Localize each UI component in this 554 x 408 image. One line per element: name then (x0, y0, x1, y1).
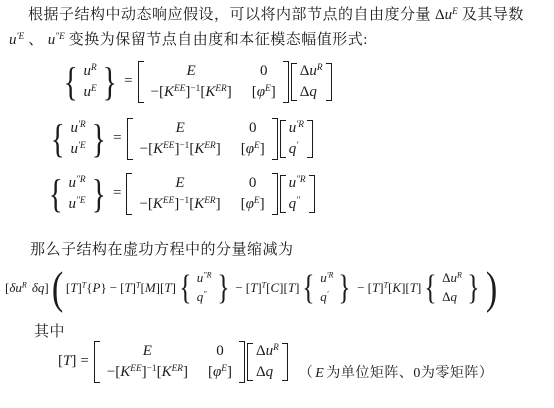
matrix-entry-modes: [φE] (241, 141, 265, 158)
sup-e: E (452, 7, 458, 17)
matrix-grid: E 0 −[KEE]−1[KER] [φE] (133, 118, 272, 160)
matrix-entry-zero: 0 (260, 63, 268, 80)
right-bracket (326, 63, 332, 101)
right-brace: } (102, 63, 116, 100)
right-bracket (309, 175, 315, 213)
entry-base: q (266, 364, 274, 380)
intro-text-line2: 变换为保留节点自由度和本征模态幅值形式: (69, 32, 368, 48)
sup-ee: EE (163, 196, 174, 206)
vector-entry: u′R (289, 120, 304, 137)
matrix-grid: E 0 −[KEE]−1[KER] [φE] (100, 341, 239, 383)
delta-row-vector: [δuRδq] (5, 280, 49, 296)
matrix-entry-zero: 0 (249, 175, 257, 192)
sup-er: ER (204, 196, 215, 206)
transformation-matrix: E 0 −[KEE]−1[KER] [φE] (126, 173, 277, 215)
vector-column: ΔuR Δq (439, 271, 465, 304)
virtual-work-equation: [δuRδq] ( [T]T{P} − [T]T[M][T] { u″R q″ … (5, 262, 500, 314)
vector-column: u″R u″E (65, 175, 88, 213)
e-sym: E (175, 175, 184, 191)
intro-line-1: 根据子结构中动态响应假设，可以将内部节点的自由度分量ΔuE及其导数 (0, 3, 554, 28)
right-brace: } (91, 120, 105, 157)
vector-entry: u′R (70, 120, 85, 137)
lhs-brace-vector: { u″R u″E } (46, 175, 108, 213)
equation-velocity-transform: { u′R u′E } = E 0 −[KEE]−1[KER] [φE] u′R… (47, 118, 314, 160)
right-brace: } (217, 272, 229, 304)
sup-prime-e: ′E (17, 32, 25, 42)
k-sym: K (194, 196, 204, 212)
delta-u-sym: δu (9, 280, 22, 295)
right-bracket (272, 173, 278, 215)
c-sym: C (270, 280, 279, 295)
matrix-entry-modes: [φE] (252, 84, 276, 101)
close-bracket: ] (44, 280, 48, 295)
entry-base: u (83, 84, 91, 100)
vector-column: u′R u′E (67, 120, 88, 158)
sup-inverse: −1 (179, 141, 189, 151)
k-sym: K (164, 84, 174, 100)
rhs-bracket-vector: u″R q″ (280, 175, 315, 213)
mass-term: [T]T[M][T] (120, 280, 176, 296)
increment-vector: { ΔuR Δq } (422, 271, 481, 304)
entry-base: u (309, 63, 317, 79)
matrix-entry-identity: E (143, 343, 152, 360)
vector-entry: Δq (300, 84, 317, 101)
matrix-entry-identity: E (175, 175, 184, 192)
equals-sign: = (124, 73, 132, 90)
minus-sign: − (357, 280, 364, 296)
entry-base: u (83, 63, 91, 79)
vector-column: u″R q″ (194, 271, 215, 304)
close-bracket: ] (216, 196, 221, 212)
vector-entry: u′R (320, 271, 333, 286)
entry-sup: ′ (296, 141, 298, 151)
minus-sign: − (139, 196, 147, 212)
equation-acceleration-transform: { u″R u″E } = E 0 −[KEE]−1[KER] [φE] u″R… (45, 173, 316, 215)
entry-pre: Δ (442, 289, 450, 304)
entry-sup: R (91, 63, 97, 73)
acceleration-vector: { u″R q″ } (177, 271, 231, 304)
entry-sup: E (91, 84, 97, 94)
close-bracket: ] (227, 84, 232, 100)
left-brace: { (303, 272, 315, 304)
k-sym: K (153, 141, 163, 157)
entry-pre: Δ (256, 364, 266, 380)
close-bracket: ] (172, 280, 176, 295)
e-sym: E (143, 343, 152, 359)
right-paren: ) (486, 268, 497, 309)
note-open-paren: （ (299, 366, 314, 381)
right-bracket (239, 341, 245, 383)
entry-base: u (68, 175, 76, 191)
vector-entry: Δq (256, 364, 273, 381)
vector-column: ΔuR Δq (253, 343, 282, 381)
entry-base: u (70, 120, 78, 136)
left-brace: { (64, 63, 78, 100)
entry-sup: ″ (296, 196, 300, 206)
close-bracket: ] (295, 280, 299, 295)
right-brace: } (467, 272, 479, 304)
damping-term: [T]T[C][T] (246, 280, 300, 296)
t-sym: T (164, 280, 171, 295)
left-brace: { (425, 272, 437, 304)
enumeration-comma: 、 (28, 32, 44, 48)
zero-sym: 0 (249, 120, 257, 136)
entry-sup: R (273, 343, 279, 353)
phi-sym: φ (246, 141, 254, 157)
sup-er: ER (172, 364, 183, 374)
entry-sup: ″E (76, 196, 86, 206)
matrix-entry-modes: [φE] (208, 364, 232, 381)
close-bracket: ] (183, 364, 188, 380)
right-brace: } (339, 272, 351, 304)
minus-sign: − (140, 141, 148, 157)
entry-pre: Δ (300, 84, 310, 100)
entry-sup: ″R (296, 175, 306, 185)
sup-inverse: −1 (190, 84, 200, 94)
matrix-entry-modes: [φE] (241, 196, 265, 213)
vector-entry: q′ (289, 141, 299, 158)
lhs-brace-vector: { u′R u′E } (48, 120, 108, 158)
vector-entry: u′E (70, 141, 85, 158)
entry-sup: ″ (203, 290, 206, 299)
k-sym: K (153, 196, 163, 212)
phi-sym: φ (246, 196, 254, 212)
vector-entry: q′ (320, 290, 328, 305)
entry-sup: ′R (327, 271, 334, 280)
matrix-entry-identity: E (187, 63, 196, 80)
sup-ee: EE (174, 84, 185, 94)
where-label: 其中 (34, 320, 65, 341)
sup-er: ER (204, 141, 215, 151)
vector-entry: q″ (289, 196, 300, 213)
zero-sym: 0 (216, 343, 224, 359)
rhs-bracket-vector: u′R q′ (280, 120, 313, 158)
delta-sym: Δ (435, 7, 445, 23)
note-text-zero: 为零矩阵） (421, 366, 494, 381)
phi-sym: φ (257, 84, 265, 100)
entry-base: u (70, 141, 78, 157)
phi-sym: φ (213, 364, 221, 380)
reduction-statement: 那么子结构在虚功方程中的分量缩减为 (30, 238, 294, 259)
entry-base: u (289, 175, 297, 191)
entry-base: q (309, 84, 317, 100)
note-text-identity: 为单位矩阵、 (326, 366, 413, 381)
matrix-entry-zero: 0 (249, 120, 257, 137)
vector-column: u″R q″ (286, 175, 309, 213)
delta-q-sym: δq (32, 280, 45, 295)
zero-sym: 0 (249, 175, 257, 191)
close-bracket: ] (227, 364, 232, 380)
sup-inverse: −1 (179, 196, 189, 206)
sup-ee: EE (130, 364, 141, 374)
sup-ee: EE (163, 141, 174, 151)
entry-base: u (266, 343, 274, 359)
vector-entry: uE (83, 84, 96, 101)
velocity-vector: { u′R q′ } (300, 271, 353, 304)
close-bracket: ] (260, 196, 265, 212)
matrix-grid: E 0 −[KEE]−1[KER] [φE] (132, 173, 271, 215)
right-brace: } (100, 280, 106, 295)
equals-sign: = (113, 130, 121, 147)
entry-pre: Δ (300, 63, 310, 79)
minus-sign: − (107, 364, 115, 380)
vector-entry: u″R (197, 271, 212, 286)
matrix-entry-stiffness: −[KEE]−1[KER] (140, 141, 221, 158)
right-bracket (282, 343, 288, 381)
entry-base: q (289, 196, 297, 212)
right-bracket (283, 61, 289, 103)
vector-entry: u″R (289, 175, 306, 192)
sup-dblprime-e: ″E (55, 32, 65, 42)
intro-text-tail: 及其导数 (462, 7, 524, 23)
sup-er: ER (215, 84, 226, 94)
matrix-entry-stiffness: −[KEE]−1[KER] (107, 364, 188, 381)
k-sym: K (392, 280, 401, 295)
vector-entry: q″ (197, 290, 207, 305)
t-matrix-lhs: [T] (58, 353, 76, 370)
right-bracket (272, 118, 278, 160)
matrix-entry-zero: 0 (216, 343, 224, 360)
matrix-note: （E为单位矩阵、0为零矩阵） (299, 362, 494, 382)
document-page: 根据子结构中动态响应假设，可以将内部节点的自由度分量ΔuE及其导数 u′E、u″… (0, 0, 554, 408)
inline-math-u-dblprime: u″E (48, 32, 65, 48)
entry-base: u (68, 196, 76, 212)
intro-text-lead: 根据子结构中动态响应假设，可以将内部节点的自由度分量 (28, 7, 431, 23)
entry-pre: Δ (442, 270, 450, 285)
load-term: [T]T{P} (66, 280, 107, 296)
t-sym: T (410, 280, 417, 295)
equals-sign: = (80, 353, 88, 370)
vector-entry: ΔuR (300, 63, 323, 80)
vector-column: u′R q′ (286, 120, 307, 158)
vector-column: u′R q′ (317, 271, 336, 304)
close-bracket: ] (271, 84, 276, 100)
entry-sup: ′E (78, 141, 86, 151)
entry-sup: ′R (296, 120, 304, 130)
minus-sign: − (151, 84, 159, 100)
e-sym: E (315, 366, 324, 381)
entry-sup: R (317, 63, 323, 73)
inline-math-delta-u: ΔuE (435, 7, 458, 23)
left-brace: { (179, 272, 191, 304)
entry-base: q (451, 289, 458, 304)
transformation-matrix: E 0 −[KEE]−1[KER] [φE] (138, 61, 289, 103)
t-sym: T (288, 280, 295, 295)
intro-paragraph: 根据子结构中动态响应假设，可以将内部节点的自由度分量ΔuE及其导数 u′E、u″… (0, 3, 554, 53)
minus-sign: − (110, 280, 117, 296)
intro-line-2: u′E、u″E变换为保留节点自由度和本征模态幅值形式: (0, 28, 554, 53)
transform-definition-equation: [T] = E 0 −[KEE]−1[KER] [φE] ΔuR Δq （E为单… (58, 341, 493, 383)
transformation-matrix: E 0 −[KEE]−1[KER] [φE] (94, 341, 245, 383)
vector-entry: uR (83, 63, 96, 80)
right-brace: } (91, 175, 105, 212)
left-brace: { (49, 175, 63, 212)
zero-sym: 0 (260, 63, 268, 79)
u-sym: u (9, 32, 17, 48)
k-sym: K (120, 364, 130, 380)
matrix-entry-stiffness: −[KEE]−1[KER] (139, 196, 220, 213)
transformation-matrix: E 0 −[KEE]−1[KER] [φE] (127, 118, 278, 160)
k-sym: K (194, 141, 204, 157)
entry-sup: R (457, 271, 462, 280)
vector-entry: ΔuR (442, 271, 462, 286)
left-paren: ( (52, 268, 63, 309)
matrix-entry-stiffness: −[KEE]−1[KER] (151, 84, 232, 101)
close-bracket: ] (216, 141, 221, 157)
t-sym: T (124, 280, 131, 295)
e-sym: E (187, 63, 196, 79)
entry-sup: ″R (203, 271, 211, 280)
vector-entry: ΔuR (256, 343, 279, 360)
vector-entry: Δq (442, 290, 457, 305)
matrix-grid: E 0 −[KEE]−1[KER] [φE] (144, 61, 283, 103)
vector-column: uR uE (80, 63, 99, 101)
stiffness-term: [T]T[K][T] (368, 280, 422, 296)
entry-pre: Δ (256, 343, 266, 359)
matrix-entry-identity: E (176, 120, 185, 137)
vector-entry: u″E (68, 196, 85, 213)
right-bracket (307, 120, 313, 158)
entry-sup: ′ (327, 290, 329, 299)
close-bracket: ] (417, 280, 421, 295)
close-bracket: ] (71, 353, 76, 369)
inline-math-u-prime: u′E (9, 32, 24, 48)
lhs-brace-vector: { uR uE } (61, 63, 119, 101)
entry-sup: ′R (78, 120, 86, 130)
entry-sup: ″R (76, 175, 86, 185)
zero-sym: 0 (413, 366, 421, 381)
vector-entry: u″R (68, 175, 85, 192)
equals-sign: = (113, 185, 121, 202)
m-sym: M (145, 280, 156, 295)
left-brace: { (51, 120, 65, 157)
sup-inverse: −1 (147, 364, 157, 374)
sup-r: R (22, 281, 27, 290)
vector-column: ΔuR Δq (297, 63, 326, 101)
k-sym: K (205, 84, 215, 100)
minus-sign: − (235, 280, 242, 296)
rhs-bracket-vector: ΔuR Δq (291, 63, 332, 101)
rhs-bracket-vector: ΔuR Δq (247, 343, 288, 381)
e-sym: E (176, 120, 185, 136)
k-sym: K (162, 364, 172, 380)
equation-displacement-transform: { uR uE } = E 0 −[KEE]−1[KER] [φE] ΔuR Δ… (60, 61, 333, 103)
close-bracket: ] (260, 141, 265, 157)
